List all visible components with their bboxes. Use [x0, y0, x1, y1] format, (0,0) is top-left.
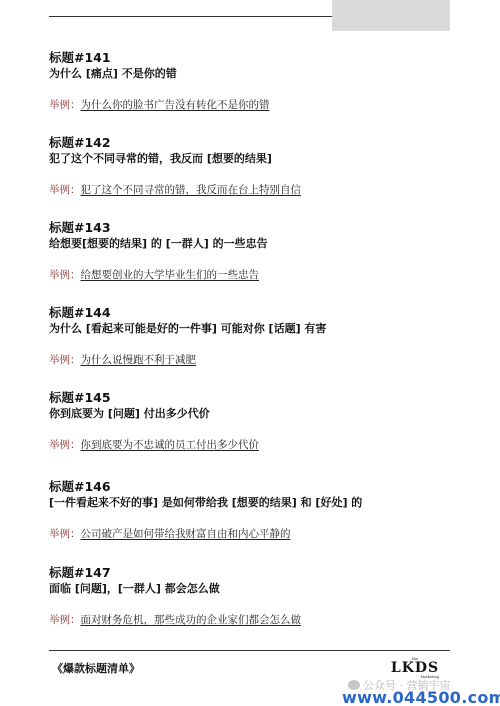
example-label: 举例：	[49, 269, 81, 281]
entry-title: 标题#145	[49, 390, 469, 406]
example-text: 公司破产是如何带给我财富自由和内心平静的	[81, 528, 291, 540]
entry-title: 标题#144	[49, 305, 469, 321]
example-label: 举例：	[49, 354, 81, 366]
entry-template: 为什么 [看起来可能是好的一件事] 可能对你 [话题] 有害	[49, 321, 469, 337]
entry-144: 标题#144 为什么 [看起来可能是好的一件事] 可能对你 [话题] 有害 举例…	[49, 305, 469, 367]
example-text: 为什么你的脸书广告没有转化不是你的错	[81, 99, 270, 111]
entry-template: 为什么 [痛点] 不是你的错	[49, 66, 469, 82]
footer-rule	[49, 650, 450, 651]
footer-title: 《爆款标题清单》	[52, 660, 140, 676]
entry-example: 举例：你到底要为不忠诚的员工付出多少代价	[49, 438, 469, 452]
entry-title: 标题#147	[49, 565, 469, 581]
entry-template: 犯了这个不同寻常的错，我反而 [想要的结果]	[49, 151, 469, 167]
entry-145: 标题#145 你到底要为 [问题] 付出多少代价 举例：你到底要为不忠诚的员工付…	[49, 390, 469, 452]
entry-title: 标题#142	[49, 135, 469, 151]
example-text: 面对财务危机，那些成功的企业家们都会怎么做	[81, 614, 302, 626]
entry-title: 标题#146	[49, 479, 469, 495]
example-label: 举例：	[49, 528, 81, 540]
header-rule	[49, 16, 332, 17]
example-text: 为什么说慢跑不利于减肥	[81, 354, 197, 366]
entry-example: 举例：给想要创业的大学毕业生们的一些忠告	[49, 268, 469, 282]
entry-example: 举例：为什么说慢跑不利于减肥	[49, 353, 469, 367]
header-gray-box	[332, 0, 450, 31]
entry-example: 举例：为什么你的脸书广告没有转化不是你的错	[49, 98, 469, 112]
entry-title: 标题#143	[49, 220, 469, 236]
entry-143: 标题#143 给想要[想要的结果] 的 [一群人] 的一些忠告 举例：给想要创业…	[49, 220, 469, 282]
watermark-url: www.044500.com	[342, 688, 500, 706]
example-label: 举例：	[49, 614, 81, 626]
entry-146: 标题#146 [一件看起来不好的事] 是如何带给我 [想要的结果] 和 [好处]…	[49, 479, 469, 541]
example-label: 举例：	[49, 439, 81, 451]
entry-147: 标题#147 面临 [问题]，[一群人] 都会怎么做 举例：面对财务危机，那些成…	[49, 565, 469, 627]
example-text: 犯了这个不同寻常的错，我反而在台上特别自信	[81, 184, 302, 196]
entry-template: 面临 [问题]，[一群人] 都会怎么做	[49, 581, 469, 597]
example-label: 举例：	[49, 99, 81, 111]
entry-title: 标题#141	[49, 50, 469, 66]
brand-logo: the LKDS Marketing	[385, 656, 445, 679]
entry-template: 给想要[想要的结果] 的 [一群人] 的一些忠告	[49, 236, 469, 252]
example-text: 给想要创业的大学毕业生们的一些忠告	[81, 269, 260, 281]
entry-template: [一件看起来不好的事] 是如何带给我 [想要的结果] 和 [好处] 的	[49, 495, 469, 511]
entry-example: 举例：面对财务危机，那些成功的企业家们都会怎么做	[49, 613, 469, 627]
example-text: 你到底要为不忠诚的员工付出多少代价	[81, 439, 260, 451]
logo-main-text: LKDS	[385, 661, 445, 675]
entry-example: 举例：公司破产是如何带给我财富自由和内心平静的	[49, 527, 469, 541]
entry-template: 你到底要为 [问题] 付出多少代价	[49, 406, 469, 422]
entry-141: 标题#141 为什么 [痛点] 不是你的错 举例：为什么你的脸书广告没有转化不是…	[49, 50, 469, 112]
entry-142: 标题#142 犯了这个不同寻常的错，我反而 [想要的结果] 举例：犯了这个不同寻…	[49, 135, 469, 197]
entry-example: 举例：犯了这个不同寻常的错，我反而在台上特别自信	[49, 183, 469, 197]
example-label: 举例：	[49, 184, 81, 196]
